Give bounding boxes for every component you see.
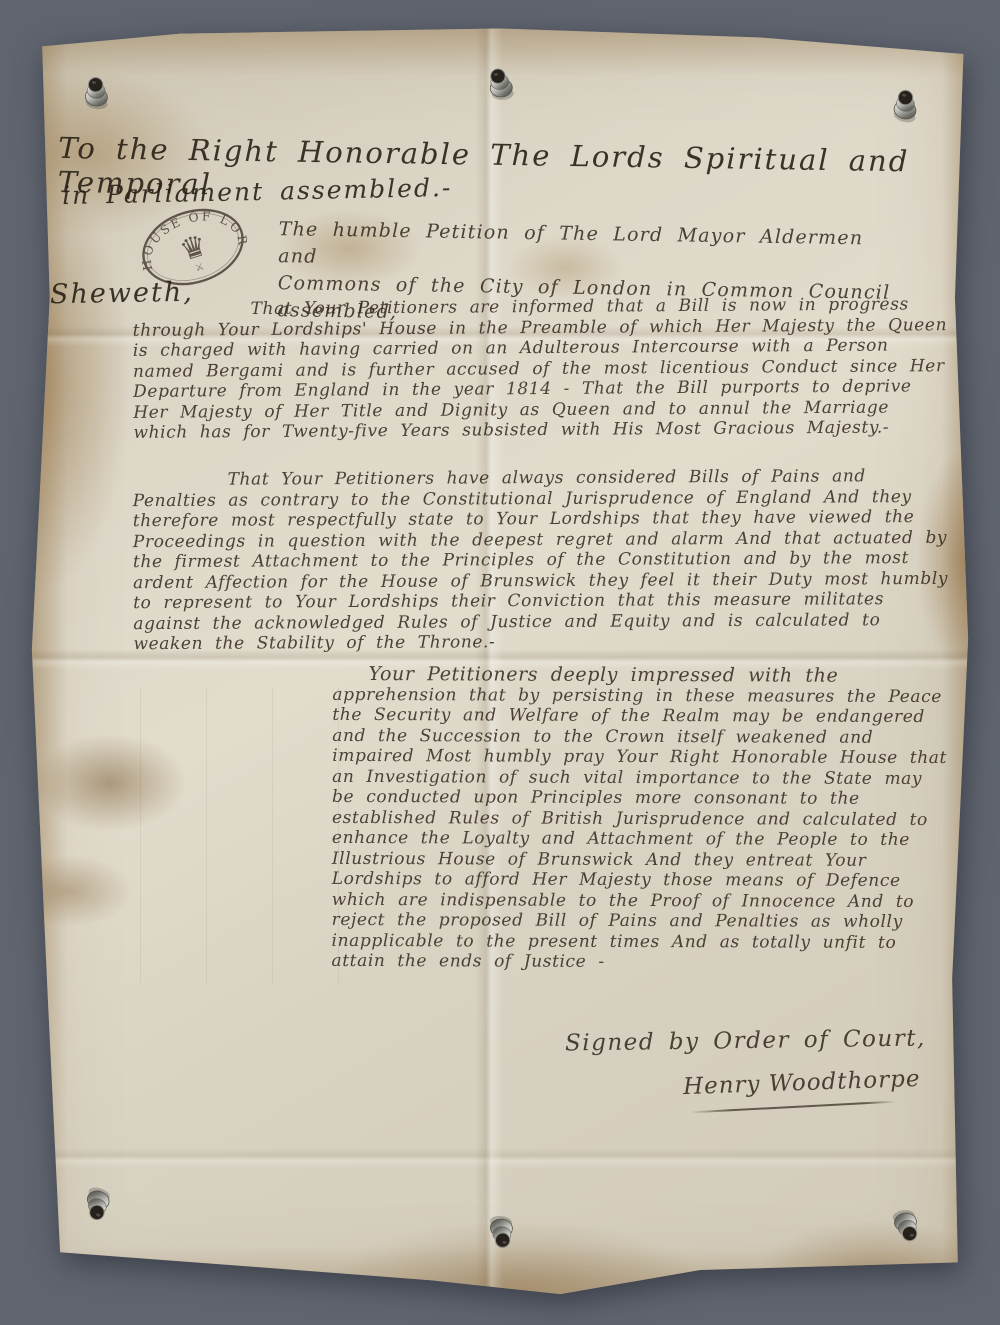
crown-icon: ♛ [175,227,211,267]
crossed-sceptres-icon: ⚔ [194,261,206,274]
show-through-ruled-lines [140,688,345,983]
petition-paragraph-1: That Your Petitioners are informed that … [133,294,952,443]
push-pin-bottom-right-icon [889,1206,924,1246]
petition-prayer-paragraph: Your Petitioners deeply impressed with t… [331,664,956,974]
push-pin-top-center-icon [485,65,517,103]
signature-order-line: Signed by Order of Court, [565,1025,926,1056]
photograph-background: HOUSE OF LORDS ♛ ⚔ To the Right Honorabl… [0,0,1000,1325]
petition-paragraph-2: That Your Petitioners have always consid… [133,466,954,655]
push-pin-bottom-center-icon [484,1213,518,1252]
push-pin-top-left-icon [80,73,115,113]
petition-heading-line-1: The humble Petition of The Lord Mayor Al… [278,216,904,280]
